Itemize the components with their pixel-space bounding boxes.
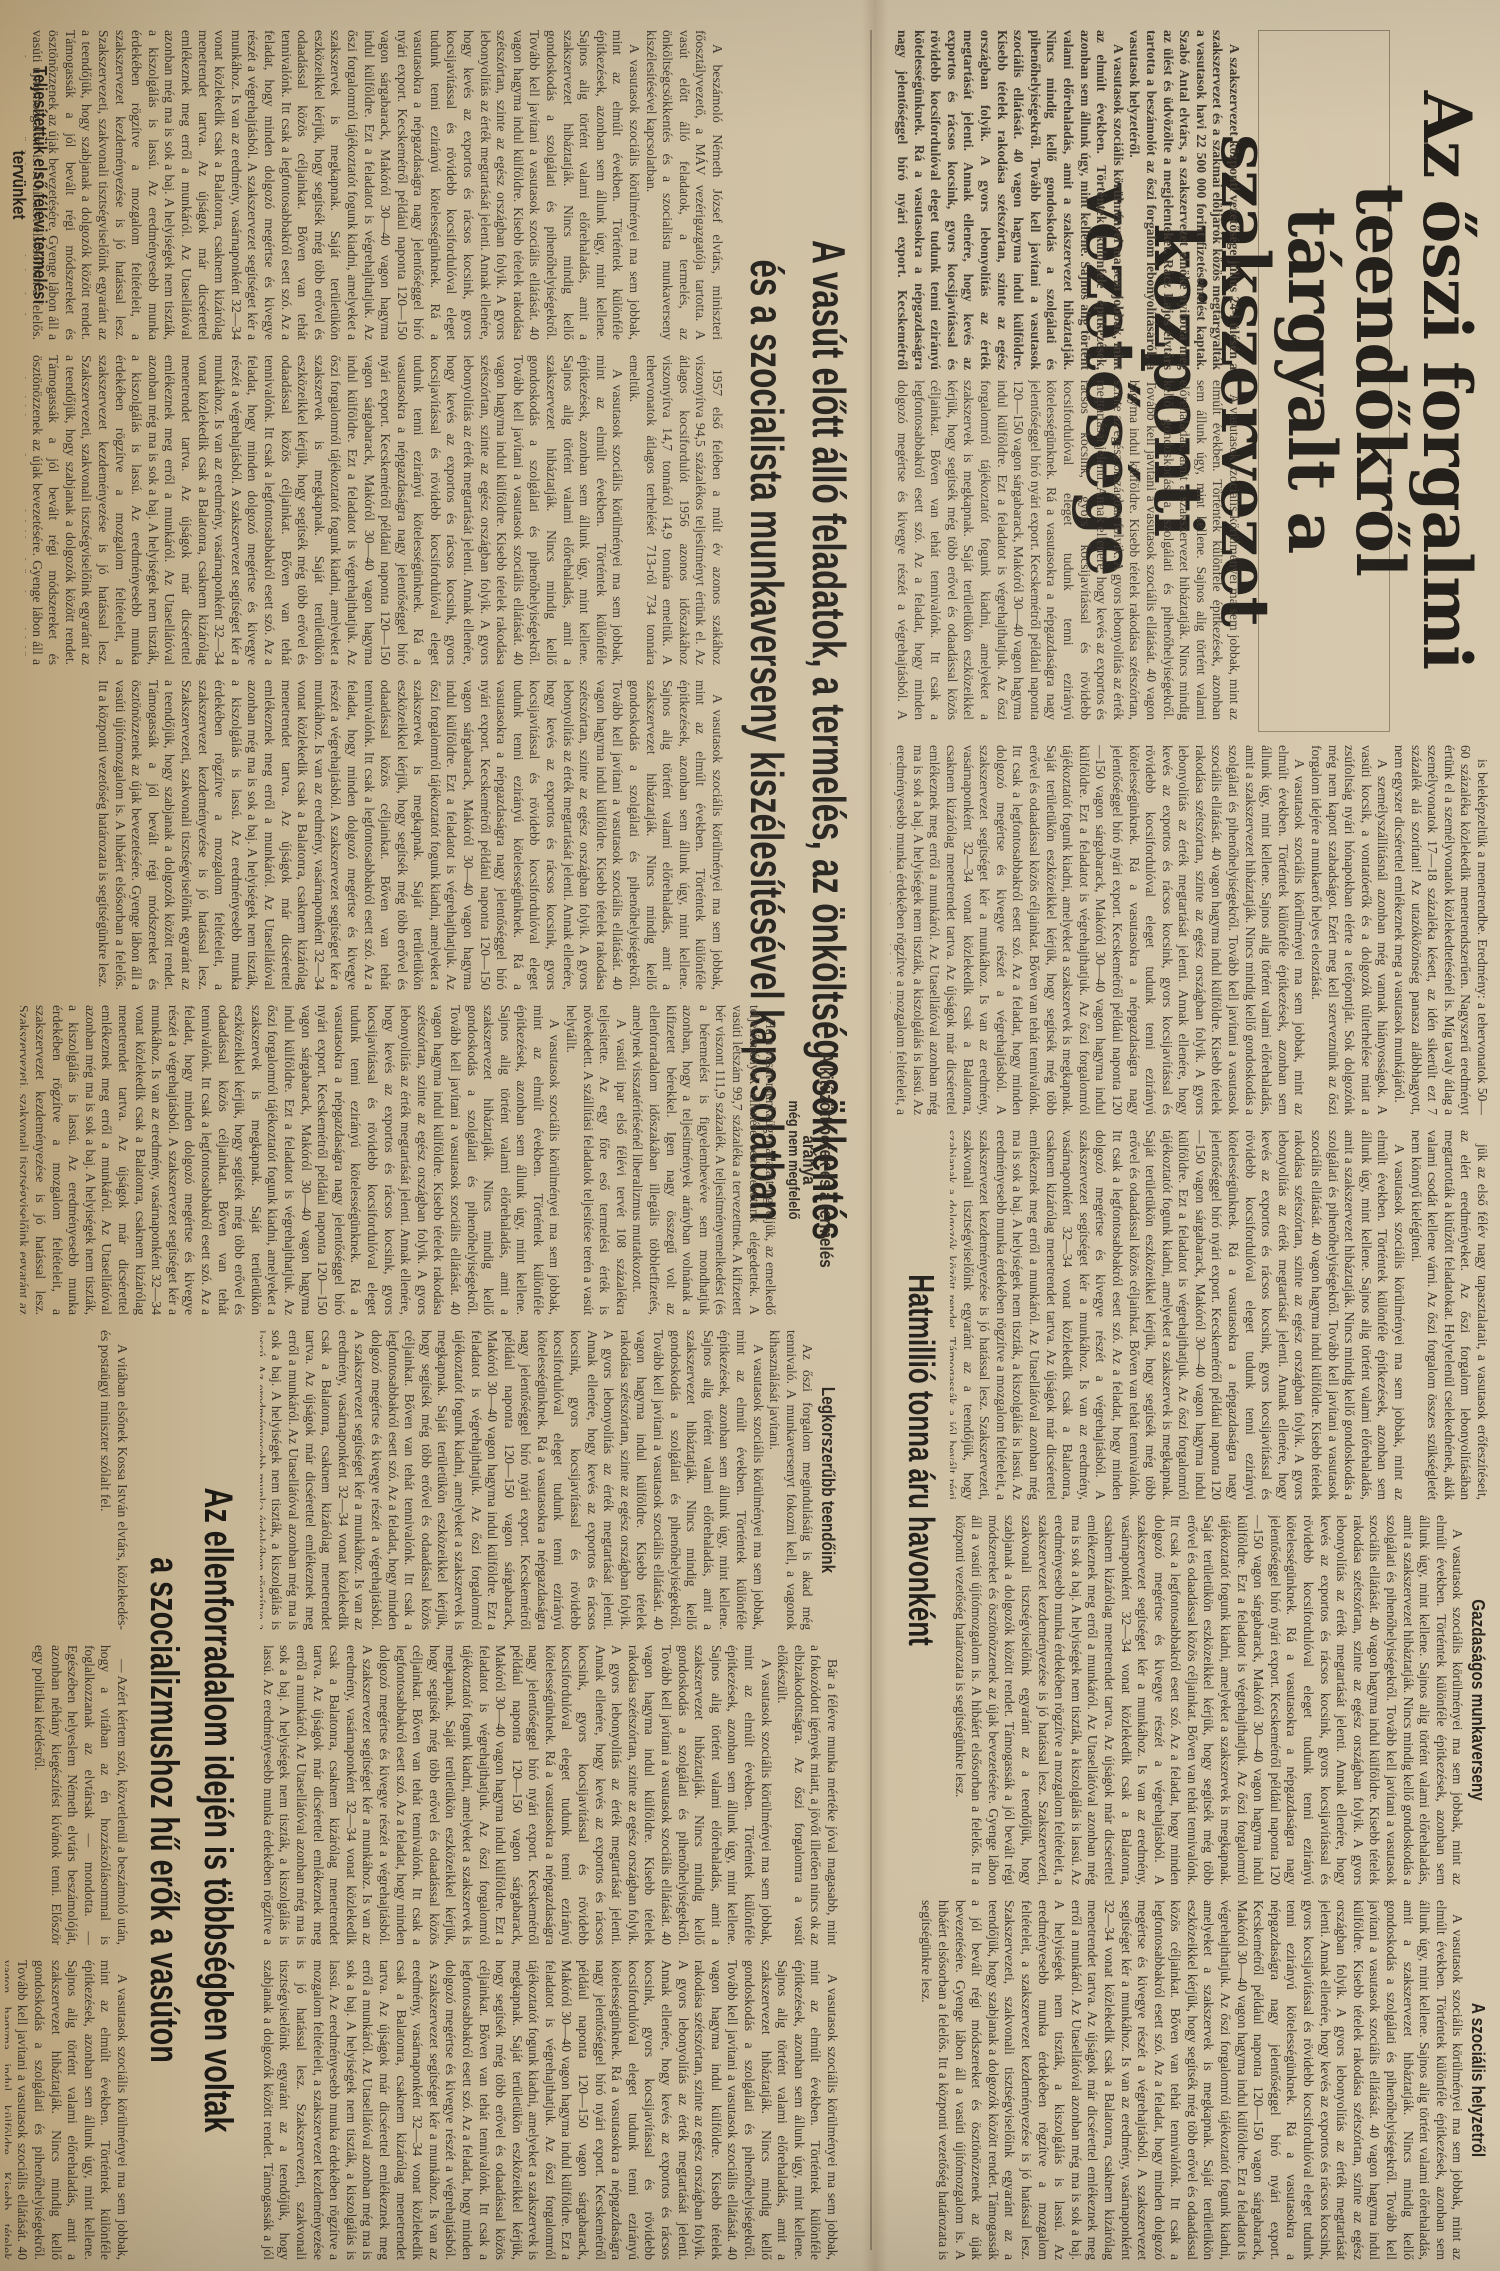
- article3-headline-line-2: a szocializmushoz hű erők a vasúton: [137, 1464, 191, 2155]
- subhead-szocialis-helyzetrol: A szociális helyzetről: [1469, 1927, 1486, 2233]
- article1-headline-line-1: Az őszi forgalmi teendőkről: [1345, 25, 1480, 735]
- subhead-kituzott-berek: A kitűzött bérek és a termelés aránya: [801, 1028, 834, 1292]
- article1-column-5: Gazdaságos munkaverseny A vasutasok szoc…: [890, 1515, 1490, 1885]
- article3-column-pre-2: Bár a félévre munka mértéke jóval magasa…: [260, 1645, 840, 1945]
- article3-column-pre-1: Legkorszerűbb teendőink Az őszi forgalom…: [260, 1330, 840, 1630]
- page-fold: [862, 0, 888, 2271]
- article3-column-1: A vitában elsőnek Kossa István elvtárs, …: [5, 1330, 130, 1630]
- subhead-gazdasagos-munkaverseny: Gazdaságos munkaverseny: [1469, 1543, 1486, 1858]
- article1-column-3: is beleképzeltük a menetrendbe. Eredmény…: [890, 745, 1490, 1115]
- article2-column-3: A vasutasok szociális körülményei ma sem…: [25, 680, 725, 990]
- subhead-meg-nem-megfelelo: még nem megfelelő: [784, 1028, 801, 1292]
- article3-column-3: A vasutasok szociális körülményei ma sem…: [5, 1960, 130, 2260]
- article1-lead: A szakszervezet központi vezetősége júli…: [892, 30, 1242, 370]
- article1-column-4: jük az első félév nagy tapasztalatait, a…: [950, 1130, 1490, 1500]
- article3-column-pre-3: A vasutasok szociális körülményei ma sem…: [260, 1960, 840, 2260]
- article1-column-2: A vasutasok szociális körülményei ma sem…: [892, 380, 1242, 720]
- article4-headline: Hatmillió tonna áru havonként: [896, 1237, 945, 1683]
- newspaper-page: Az őszi forgalmi teendőkről tárgyalt a s…: [0, 0, 1500, 2271]
- article2-column-2: 1957 első felében a múlt év azonos szaká…: [25, 355, 725, 665]
- subhead-teljesitettuk: Teljesítettük első félévi termelési terv…: [8, 53, 50, 317]
- article3-headline: Az ellenforradalom idején is többségben …: [137, 1464, 245, 2155]
- article1-column-6: A szociális helyzetről A vasutasok szoci…: [890, 1900, 1490, 2260]
- horizontal-rule: [870, 30, 872, 2250]
- article2-column-4: A kitűzött bérek és a termelés aránya mé…: [20, 1005, 840, 1315]
- article3-column-2: — Azért kértem szót, közvetlenül a beszá…: [5, 1645, 130, 1945]
- article3-headline-line-1: Az ellenforradalom idején is többségben …: [191, 1464, 245, 2155]
- subhead-legkorszerubb-teendoink: Legkorszerűbb teendőink: [819, 1353, 836, 1608]
- article2-column-1: A beszámoló Németh József elvtárs, minis…: [25, 30, 725, 340]
